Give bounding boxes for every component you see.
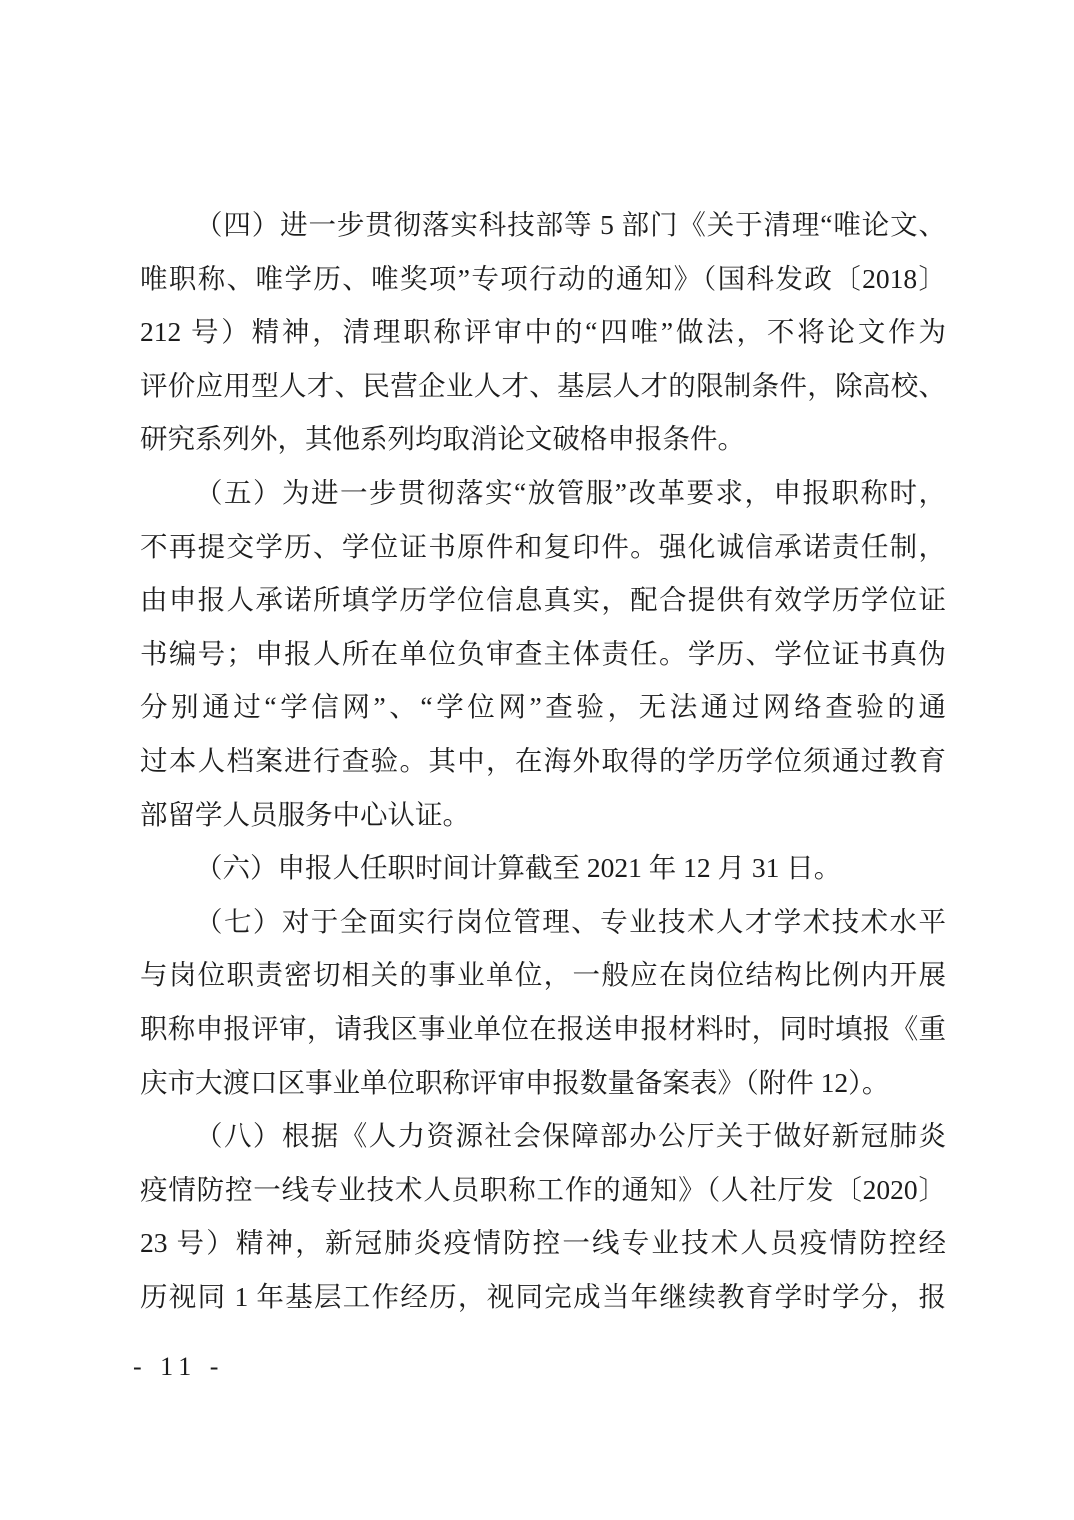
text-line: 由申报人承诺所填学历学位信息真实，配合提供有效学历学位证: [140, 573, 946, 627]
text-line: 与岗位职责密切相关的事业单位，一般应在岗位结构比例内开展: [140, 948, 946, 1002]
text-line: 研究系列外，其他系列均取消论文破格申报条件。: [140, 412, 946, 466]
text-line: 庆市大渡口区事业单位职称评审申报数量备案表》（附件 12）。: [140, 1056, 946, 1110]
page-number: - 11 -: [133, 1352, 224, 1382]
text-line: 部留学人员服务中心认证。: [140, 788, 946, 842]
text-line: （七）对于全面实行岗位管理、专业技术人才学术技术水平: [140, 895, 946, 949]
text-line: （六）申报人任职时间计算截至 2021 年 12 月 31 日。: [140, 841, 946, 895]
text-line: （八）根据《人力资源社会保障部办公厅关于做好新冠肺炎: [140, 1109, 946, 1163]
text-line: 23 号）精神，新冠肺炎疫情防控一线专业技术人员疫情防控经: [140, 1216, 946, 1270]
text-line: 历视同 1 年基层工作经历，视同完成当年继续教育学时学分，报: [140, 1270, 946, 1324]
text-line: 唯职称、唯学历、唯奖项”专项行动的通知》（国科发政〔2018〕: [140, 252, 946, 306]
text-line: 职称申报评审，请我区事业单位在报送申报材料时，同时填报《重: [140, 1002, 946, 1056]
text-line: 疫情防控一线专业技术人员职称工作的通知》（人社厅发〔2020〕: [140, 1163, 946, 1217]
text-line: 212 号）精神，清理职称评审中的“四唯”做法，不将论文作为: [140, 305, 946, 359]
text-line: 分别通过“学信网”、“学位网”查验，无法通过网络查验的通: [140, 680, 946, 734]
text-line: 不再提交学历、学位证书原件和复印件。强化诚信承诺责任制，: [140, 520, 946, 574]
text-line: （四）进一步贯彻落实科技部等 5 部门《关于清理“唯论文、: [140, 198, 946, 252]
text-line: 评价应用型人才、民营企业人才、基层人才的限制条件，除高校、: [140, 359, 946, 413]
text-line: （五）为进一步贯彻落实“放管服”改革要求，申报职称时，: [140, 466, 946, 520]
text-line: 书编号；申报人所在单位负审查主体责任。学历、学位证书真伪: [140, 627, 946, 681]
document-body: （四）进一步贯彻落实科技部等 5 部门《关于清理“唯论文、唯职称、唯学历、唯奖项…: [140, 198, 946, 1323]
text-line: 过本人档案进行查验。其中，在海外取得的学历学位须通过教育: [140, 734, 946, 788]
document-page: （四）进一步贯彻落实科技部等 5 部门《关于清理“唯论文、唯职称、唯学历、唯奖项…: [0, 0, 1074, 1520]
